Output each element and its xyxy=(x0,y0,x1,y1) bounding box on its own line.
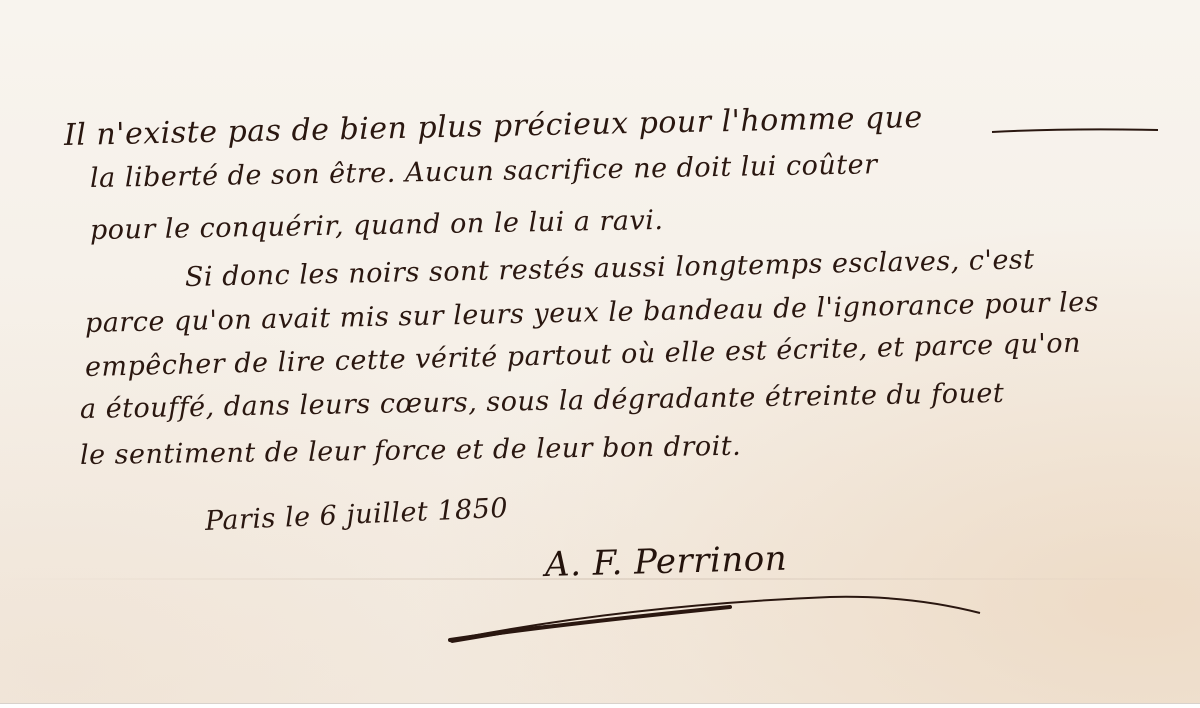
page-bottom-edge xyxy=(0,703,1200,708)
signature-flourish-icon xyxy=(430,585,990,655)
signature: A. F. Perrinon xyxy=(544,539,787,585)
line-end-flourish-icon xyxy=(990,118,1160,138)
